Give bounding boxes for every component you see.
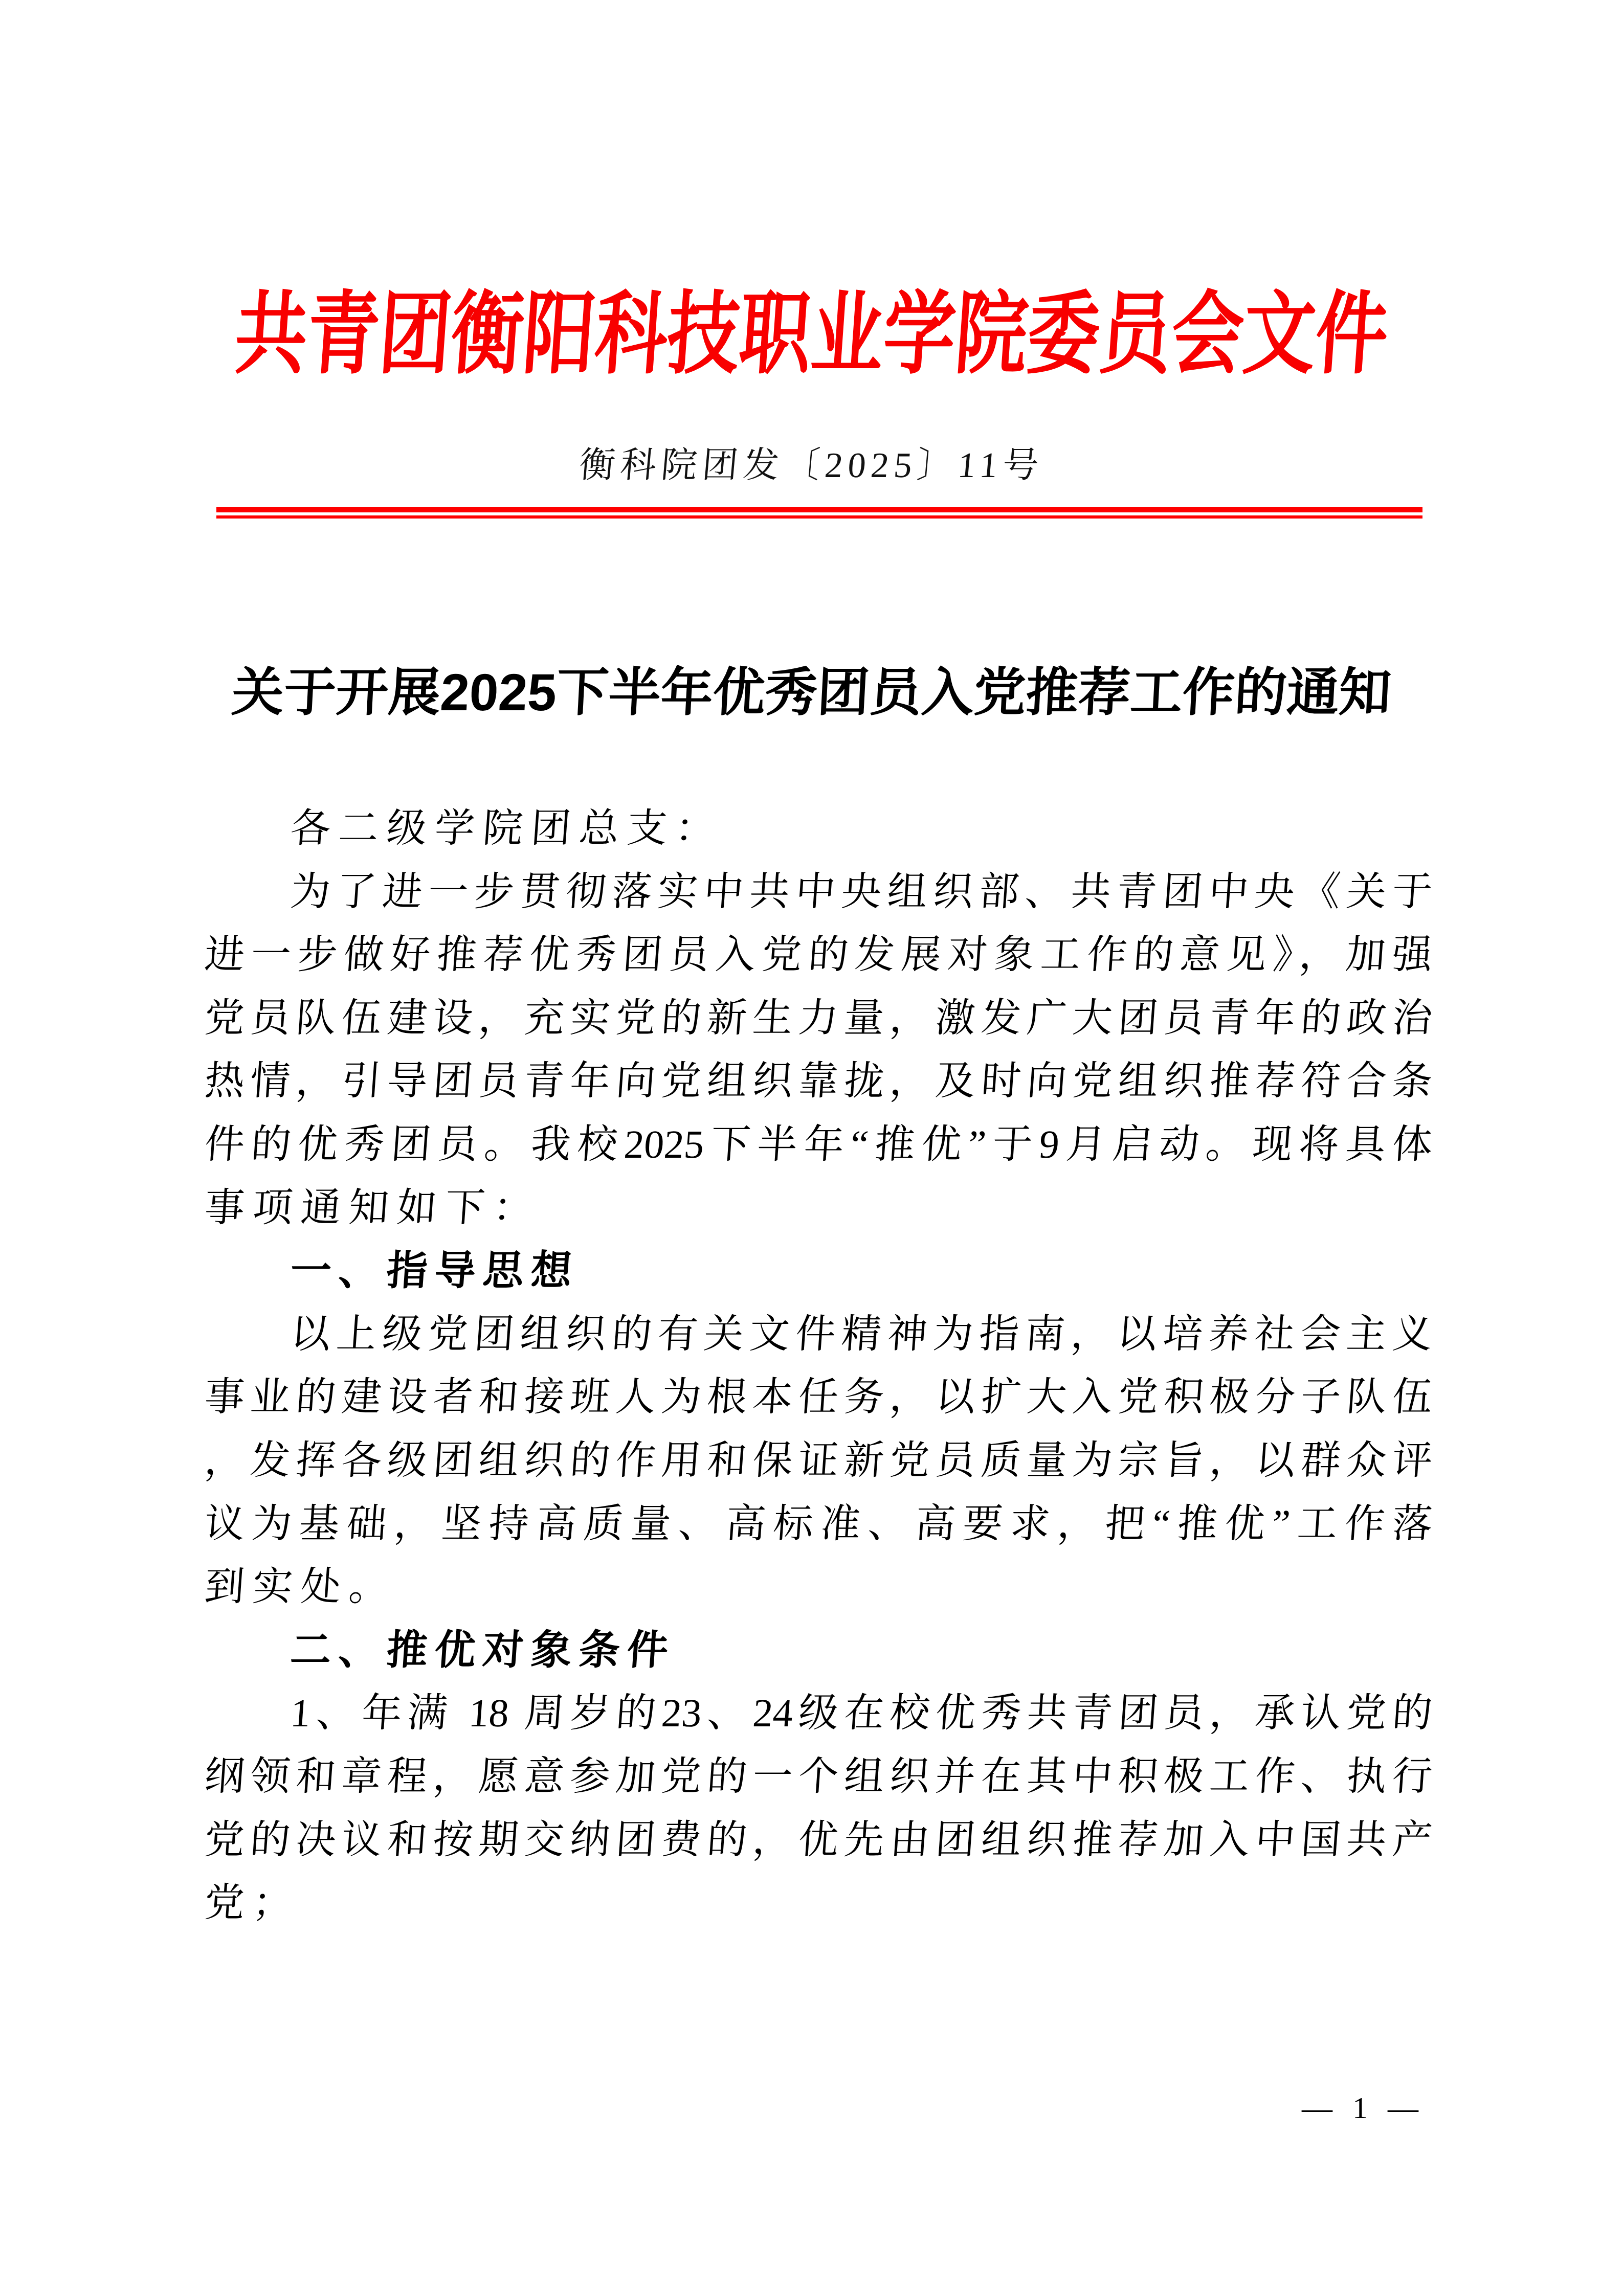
body-line: ，发挥各级团组织的作用和保证新党员质量为宗旨，以群众评 bbox=[203, 1429, 1435, 1492]
body-line: 热情，引导团员青年向党组织靠拢，及时向党组织推荐符合条 bbox=[203, 1049, 1435, 1113]
document-number: 衡科院团发〔2025〕11号 bbox=[0, 446, 1623, 485]
body-line: 事项通知如下： bbox=[203, 1176, 1435, 1240]
body-line: 进一步做好推荐优秀团员入党的发展对象工作的意见》，加强 bbox=[203, 923, 1435, 986]
page-number: — 1 — bbox=[1302, 2090, 1425, 2126]
red-separator-thick bbox=[216, 507, 1422, 512]
notice-body: 各二级学院团总支： 为了进一步贯彻落实中共中央组织部、共青团中央《关于 进一步做… bbox=[205, 797, 1432, 1934]
red-separator-thin bbox=[216, 515, 1422, 519]
body-line: 党； bbox=[203, 1871, 1435, 1934]
body-line: 到实处。 bbox=[203, 1555, 1435, 1618]
body-line: 党的决议和按期交纳团费的，优先由团组织推荐加入中国共产 bbox=[203, 1808, 1435, 1872]
document-page: 共青团衡阳科技职业学院委员会文件 衡科院团发〔2025〕11号 关于开展2025… bbox=[0, 0, 1623, 2296]
body-line-salutation: 各二级学院团总支： bbox=[203, 797, 1435, 860]
body-line: 件的优秀团员。我校2025下半年“推优”于9月启动。现将具体 bbox=[203, 1113, 1435, 1176]
section-heading-2: 二、推优对象条件 bbox=[203, 1618, 1435, 1682]
body-line: 1、年满 18 周岁的23、24级在校优秀共青团员，承认党的 bbox=[203, 1681, 1435, 1745]
section-heading-1: 一、指导思想 bbox=[203, 1239, 1435, 1302]
notice-title: 关于开展2025下半年优秀团员入党推荐工作的通知 bbox=[0, 664, 1623, 721]
red-header-title: 共青团衡阳科技职业学院委员会文件 bbox=[159, 289, 1464, 379]
body-line: 纲领和章程，愿意参加党的一个组织并在其中积极工作、执行 bbox=[203, 1745, 1435, 1808]
body-line: 以上级党团组织的有关文件精神为指南，以培养社会主义 bbox=[203, 1302, 1435, 1366]
body-line: 事业的建设者和接班人为根本任务，以扩大入党积极分子队伍 bbox=[203, 1365, 1435, 1429]
body-line: 党员队伍建设，充实党的新生力量，激发广大团员青年的政治 bbox=[203, 986, 1435, 1050]
body-line: 为了进一步贯彻落实中共中央组织部、共青团中央《关于 bbox=[203, 860, 1435, 924]
body-line: 议为基础，坚持高质量、高标准、高要求，把“推优”工作落 bbox=[203, 1492, 1435, 1556]
